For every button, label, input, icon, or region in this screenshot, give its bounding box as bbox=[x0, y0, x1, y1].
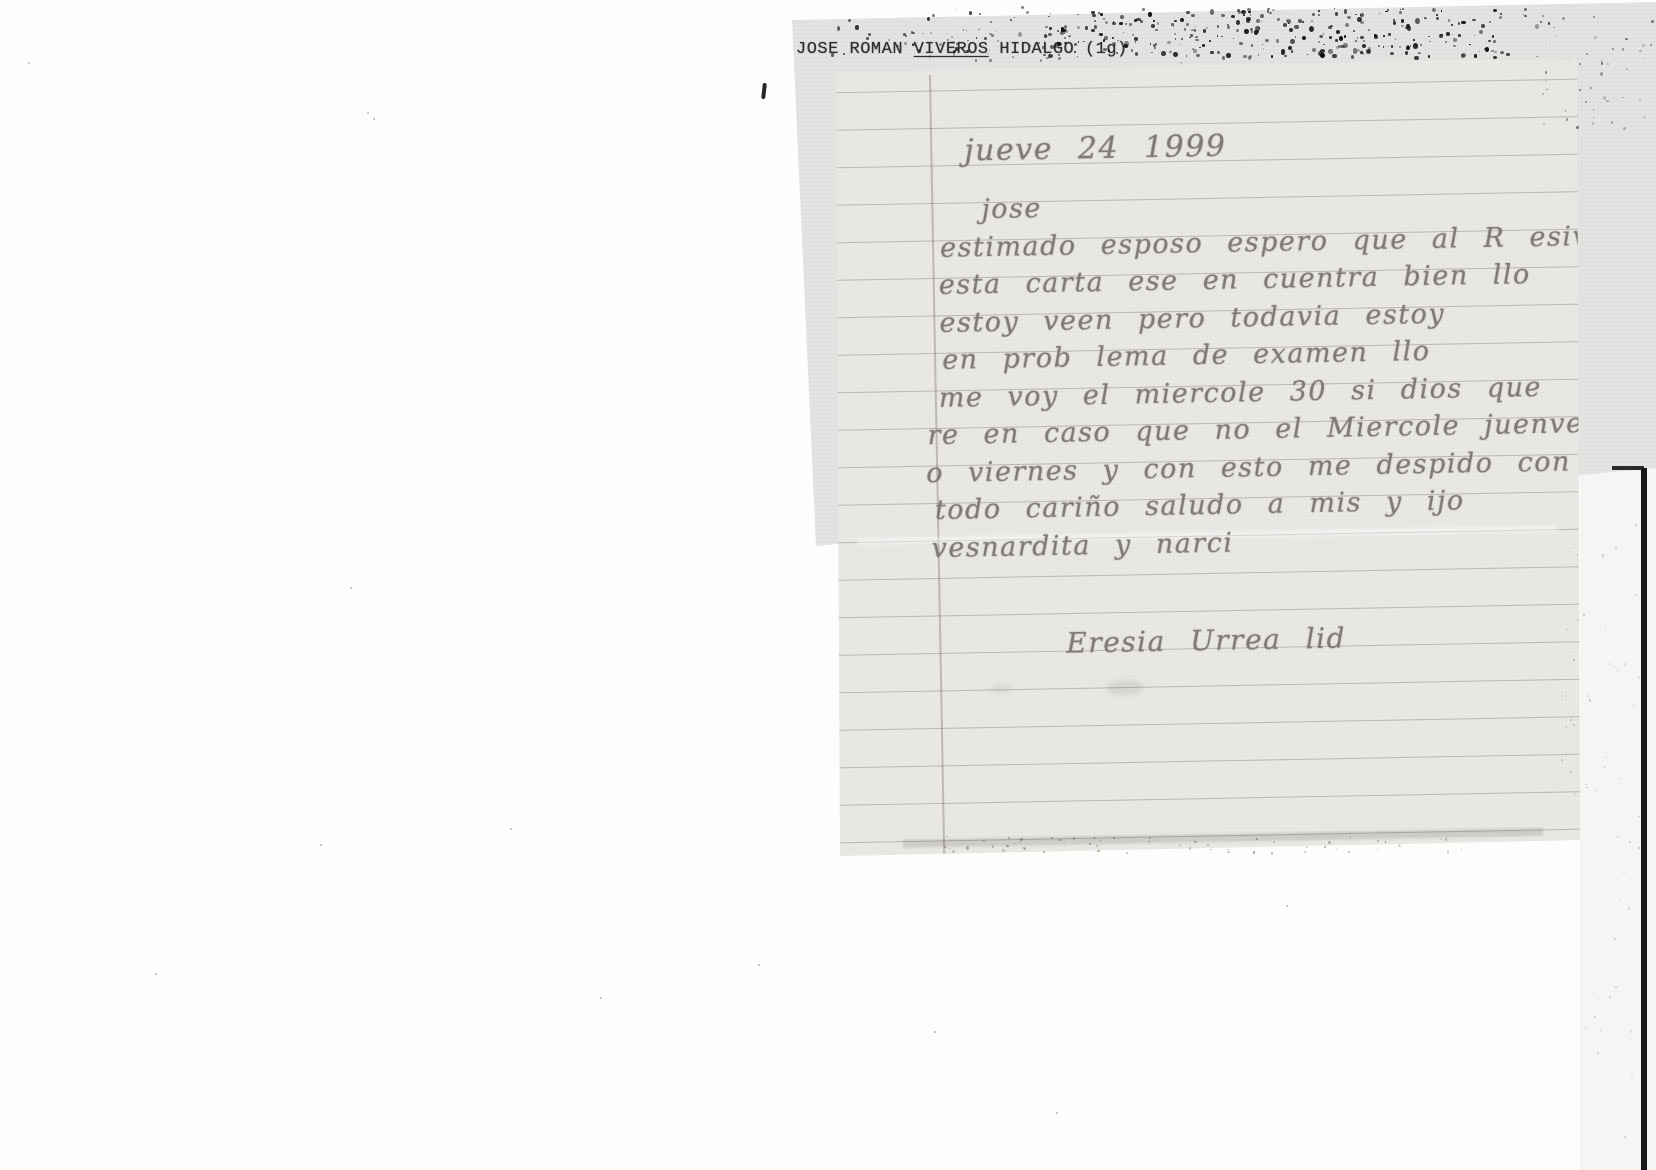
handwritten-greeting: jose bbox=[981, 192, 1042, 227]
letter-paper: jueve 24 1999 jose estimado esposo esper… bbox=[836, 58, 1580, 858]
letter-content: jueve 24 1999 jose estimado esposo esper… bbox=[829, 51, 1588, 864]
scanned-letter-page: JOSE ROMAN VIVEROS HIDALGO (1g) jueve 24… bbox=[0, 0, 1656, 1170]
typed-header-underlined: VIVEROS bbox=[914, 40, 989, 59]
handwritten-line: vesnardita y narci bbox=[931, 527, 1233, 567]
scan-border-line bbox=[1641, 468, 1647, 1170]
scan-border-notch bbox=[1612, 466, 1644, 470]
handwritten-signature: Eresia Urrea lid bbox=[1066, 622, 1346, 661]
typed-header-post: HIDALGO (1g) bbox=[989, 40, 1128, 59]
typed-header-pre: JOSE ROMAN bbox=[796, 40, 914, 59]
handwritten-date: jueve 24 1999 bbox=[964, 130, 1227, 169]
ink-mark bbox=[761, 83, 767, 99]
typed-header-label: JOSE ROMAN VIVEROS HIDALGO (1g) bbox=[796, 40, 1128, 59]
